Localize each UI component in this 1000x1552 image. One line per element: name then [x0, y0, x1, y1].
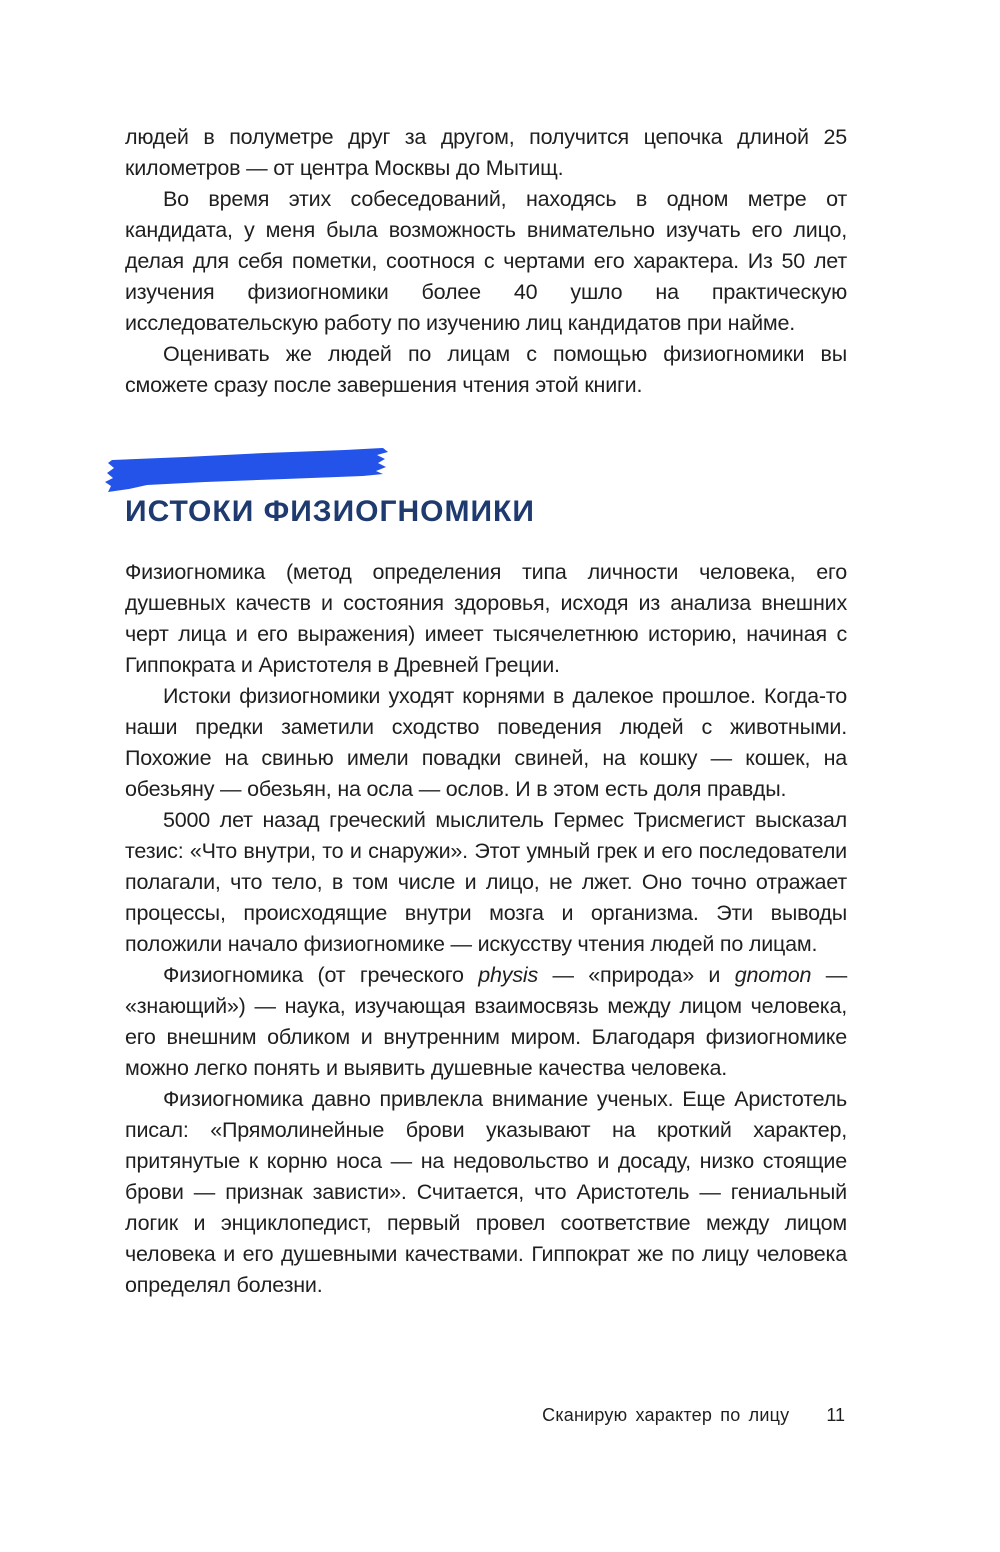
- page-footer: Сканирую характер по лицу 11: [542, 1405, 845, 1426]
- paragraph: Физиогномика давно привлекла внимание уч…: [125, 1084, 847, 1301]
- highlight-brush-stroke: [105, 447, 847, 493]
- running-title: Сканирую характер по лицу: [542, 1405, 789, 1426]
- etymology-mid: — «природа» и: [538, 963, 735, 987]
- section-heading-block: ИСТОКИ ФИЗИОГНОМИКИ: [125, 447, 847, 529]
- etymology-lead: Физиогномика (от греческого: [163, 963, 478, 987]
- section-heading: ИСТОКИ ФИЗИОГНОМИКИ: [125, 495, 847, 529]
- paragraph: Оценивать же людей по лицам с помощью фи…: [125, 339, 847, 401]
- brush-stroke-shape: [105, 448, 388, 492]
- paragraph: 5000 лет назад греческий мыслитель Герме…: [125, 805, 847, 960]
- paragraph-continuation: людей в полуметре друг за другом, получи…: [125, 122, 847, 184]
- paragraph: Истоки физиогномики уходят корнями в дал…: [125, 681, 847, 805]
- page-number: 11: [826, 1405, 845, 1426]
- paragraph: Физиогномика (метод определения типа лич…: [125, 557, 847, 681]
- greek-term-physis: physis: [478, 963, 538, 987]
- book-page: людей в полуметре друг за другом, получи…: [0, 0, 1000, 1552]
- paragraph-etymology: Физиогномика (от греческого physis — «пр…: [125, 960, 847, 1084]
- page-content: людей в полуметре друг за другом, получи…: [125, 122, 847, 1301]
- paragraph: Во время этих собеседований, находясь в …: [125, 184, 847, 339]
- greek-term-gnomon: gnomon: [735, 963, 812, 987]
